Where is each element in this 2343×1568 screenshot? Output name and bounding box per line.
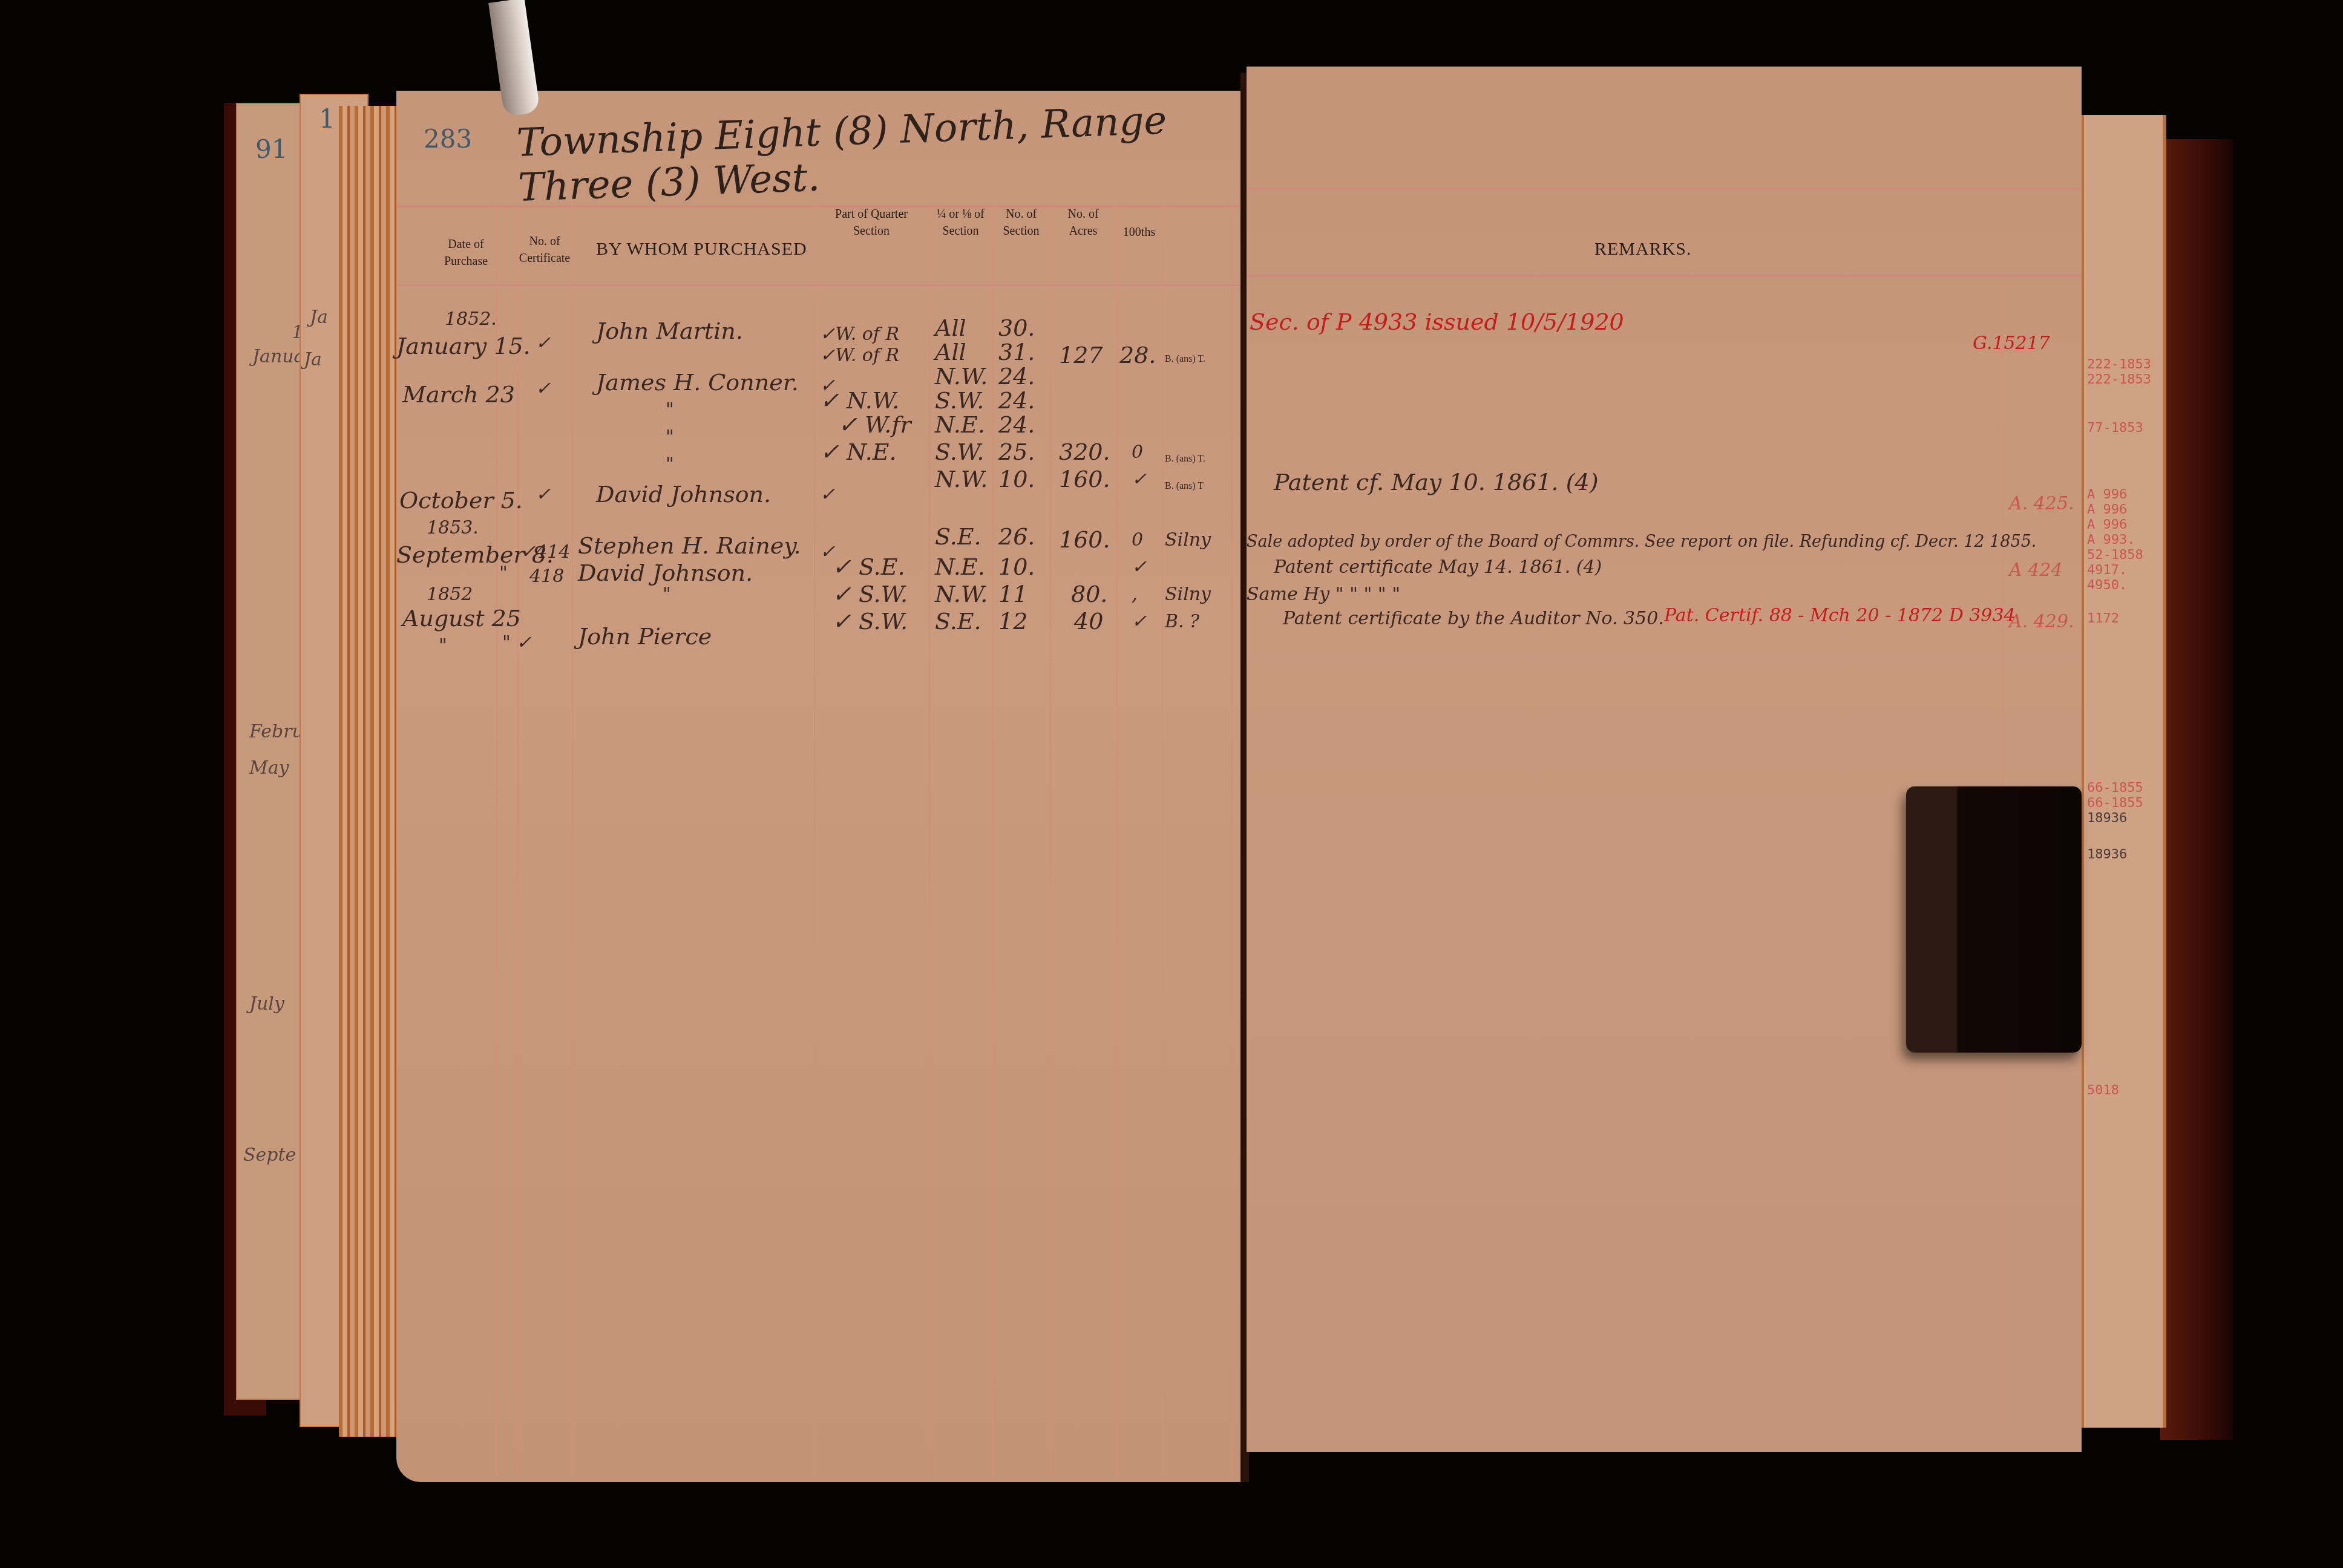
remarks-header: REMARKS. xyxy=(1594,239,1692,260)
page-number: 283 xyxy=(424,124,472,154)
leaf-note: May xyxy=(249,757,289,779)
part-of-quarter: ✓W. of R xyxy=(820,324,899,345)
quarter: S.W. xyxy=(935,439,984,465)
quarter: All xyxy=(935,315,966,341)
acres: 127 xyxy=(1059,342,1103,368)
certificate: ✓ xyxy=(536,484,551,505)
purchaser-name: John Pierce xyxy=(578,623,712,650)
hundredths: ✓ xyxy=(1132,557,1147,578)
acres: 80. xyxy=(1071,581,1107,607)
edge-note: A 996 xyxy=(2087,502,2127,517)
section: 24. xyxy=(998,387,1035,414)
header-rule-top xyxy=(1247,188,2082,189)
acres: 40 xyxy=(1074,608,1103,635)
purchaser-name: David Johnson. xyxy=(578,560,753,586)
column-divider xyxy=(572,206,573,1476)
ditto-mark: " xyxy=(666,426,674,448)
quarter: N.W. xyxy=(935,363,988,390)
column-divider xyxy=(992,206,994,1476)
township-title: Township Eight (8) North, Range Three (3… xyxy=(516,96,1244,211)
part-of-quarter: ✓ W.fr xyxy=(838,411,911,438)
edge-note: A 996 xyxy=(2087,487,2127,502)
reference-red: G.15217 xyxy=(1973,333,2050,354)
reference: A. 425. xyxy=(2009,493,2074,514)
reference: A. 429. xyxy=(2009,611,2074,632)
part-of-quarter: ✓ S.W. xyxy=(832,581,908,607)
certificate: 418 xyxy=(529,566,564,587)
flag-note: B. (ans) T. xyxy=(1165,354,1205,365)
section: 24. xyxy=(998,411,1035,438)
purchaser-name: David Johnson. xyxy=(596,481,771,508)
remark-red: Pat. Certif. 88 - Mch 20 - 1872 D 3934 xyxy=(1664,605,2016,626)
quarter: S.E. xyxy=(935,523,981,550)
col-header-section: No. of Section xyxy=(992,206,1050,240)
leaf-note: July xyxy=(249,993,284,1014)
page-edges-stack xyxy=(339,106,405,1437)
col-header-purchaser: BY WHOM PURCHASED xyxy=(596,239,807,260)
quarter: S.E. xyxy=(935,608,981,635)
flag-note: Silny xyxy=(1165,584,1211,605)
purchaser-name: Stephen H. Rainey. xyxy=(578,532,801,559)
section: 10. xyxy=(998,466,1035,492)
reference: A 424 xyxy=(2009,560,2062,581)
col-header-acres: No. of Acres xyxy=(1053,206,1113,240)
hundredths: 0 xyxy=(1132,442,1143,463)
leaf-page-number: 91 xyxy=(255,134,287,164)
quarter: N.W. xyxy=(935,466,988,492)
quarter: All xyxy=(935,339,966,365)
edge-note: 1172 xyxy=(2087,611,2119,626)
col-header-hundredths: 100ths xyxy=(1116,224,1162,241)
part-of-quarter: ✓ xyxy=(820,484,835,505)
part-of-quarter: ✓ N.E. xyxy=(820,439,897,465)
leaf-page-number: 1 xyxy=(319,104,335,134)
section: 24. xyxy=(998,363,1035,390)
certificate: ✓414 xyxy=(520,541,570,563)
paperweight[interactable] xyxy=(1906,786,2082,1053)
edge-note: 66-1855 xyxy=(2087,780,2143,795)
hundredths: , xyxy=(1132,584,1138,605)
flag-note: B. (ans) T xyxy=(1165,481,1204,492)
remark: Same Hy " " " " " xyxy=(1247,584,1400,605)
section: 10. xyxy=(998,554,1035,580)
col-header-certificate: No. of Certificate xyxy=(517,233,572,267)
flag-note: B. (ans) T. xyxy=(1165,454,1205,465)
part-of-quarter: ✓ S.E. xyxy=(832,554,905,580)
certificate: ✓ xyxy=(536,333,551,354)
quarter: N.E. xyxy=(935,411,985,438)
part-of-quarter: ✓ S.W. xyxy=(832,608,908,635)
edge-note: 222-1853 xyxy=(2087,357,2151,372)
column-divider xyxy=(517,206,519,1476)
edge-note: 4950. xyxy=(2087,578,2127,593)
edge-note: 18936 xyxy=(2087,811,2127,826)
purchaser-name: John Martin. xyxy=(596,318,743,344)
leaf-note: Febru xyxy=(249,721,304,742)
certificate: ✓ xyxy=(536,378,551,399)
year: 1852 xyxy=(427,584,473,605)
acres: 320. xyxy=(1059,439,1110,465)
edge-note: 18936 xyxy=(2087,847,2127,862)
edge-note: 4917. xyxy=(2087,563,2127,578)
purchase-date: March 23 xyxy=(402,381,515,408)
quarter: N.W. xyxy=(935,581,988,607)
section: 30. xyxy=(998,315,1035,341)
leaf-note: Ja xyxy=(310,307,328,328)
col-header-quarter-of-section: ¼ or ⅛ of Section xyxy=(932,206,989,240)
edge-note: A 996 xyxy=(2087,517,2127,532)
section: 31. xyxy=(998,339,1035,365)
book-cover-right xyxy=(2160,139,2233,1440)
leaf-note: Septe xyxy=(243,1145,296,1166)
remark: Patent cf. May 10. 1861. (4) xyxy=(1274,469,1599,495)
section: 12 xyxy=(998,608,1027,635)
remark: Sale adopted by order of the Board of Co… xyxy=(1247,532,2036,551)
remark: Patent certificate by the Auditor No. 35… xyxy=(1283,608,1664,629)
part-of-quarter: ✓W. of R xyxy=(820,345,899,366)
section: 26. xyxy=(998,523,1035,550)
ditto-mark: " xyxy=(666,399,674,420)
ditto-mark: " xyxy=(663,584,671,605)
hundredths: ✓ xyxy=(1132,469,1147,490)
quarter: S.W. xyxy=(935,387,984,414)
edge-note: 5018 xyxy=(2087,1083,2119,1098)
flag-note: B. ? xyxy=(1165,611,1199,632)
certificate: " ✓ xyxy=(502,632,531,653)
flag-note: Silny xyxy=(1165,529,1211,550)
col-header-part-quarter: Part of Quarter Section xyxy=(820,206,923,240)
ditto-mark: " xyxy=(666,454,674,475)
column-divider xyxy=(1050,206,1051,1476)
purchase-date: October 5. xyxy=(399,487,523,514)
column-divider xyxy=(1116,206,1118,1476)
acres: 160. xyxy=(1059,526,1110,553)
column-divider xyxy=(1162,206,1163,1476)
purchase-date: August 25 xyxy=(402,605,521,632)
next-leaf-edge[interactable]: 222-1853 222-1853 77-1853 A 996 A 996 A … xyxy=(2082,115,2166,1428)
section: 25. xyxy=(998,439,1035,465)
remark-red-patent: Sec. of P 4933 issued 10/5/1920 xyxy=(1250,309,1624,335)
column-divider xyxy=(814,206,815,1476)
ditto-mark: " xyxy=(499,563,508,584)
column-divider xyxy=(1231,206,1233,1476)
edge-note: A 993. xyxy=(2087,532,2135,547)
quarter: N.E. xyxy=(935,554,985,580)
edge-note: 66-1855 xyxy=(2087,795,2143,811)
year: 1853. xyxy=(427,517,479,538)
col-header-date: Date of Purchase xyxy=(439,236,493,270)
acres: 160. xyxy=(1059,466,1110,492)
purchase-date: January 15. xyxy=(396,333,531,359)
hundredths: 28. xyxy=(1119,342,1156,368)
year: 1852. xyxy=(445,309,497,330)
header-rule-bottom xyxy=(1247,275,2082,277)
section: 11 xyxy=(998,581,1027,607)
leaf-note: Ja xyxy=(304,349,322,370)
hundredths: ✓ xyxy=(1132,611,1147,632)
hundredths: 0 xyxy=(1132,529,1143,550)
ledger-page-left: 283 Township Eight (8) North, Range Thre… xyxy=(396,91,1244,1482)
purchaser-name: James H. Conner. xyxy=(596,369,799,396)
leaf-note: Janua xyxy=(252,346,304,367)
part-of-quarter: ✓ N.W. xyxy=(820,387,899,414)
ledger-page-right: REMARKS. Sec. of P 4933 issued 10/5/1920… xyxy=(1247,67,2082,1452)
ditto-mark: " xyxy=(439,635,447,656)
column-divider xyxy=(929,206,930,1476)
edge-note: 222-1853 xyxy=(2087,372,2151,387)
edge-note: 52-1858 xyxy=(2087,547,2143,563)
remark: Patent certificate May 14. 1861. (4) xyxy=(1274,557,1602,578)
edge-note: 77-1853 xyxy=(2087,420,2143,436)
